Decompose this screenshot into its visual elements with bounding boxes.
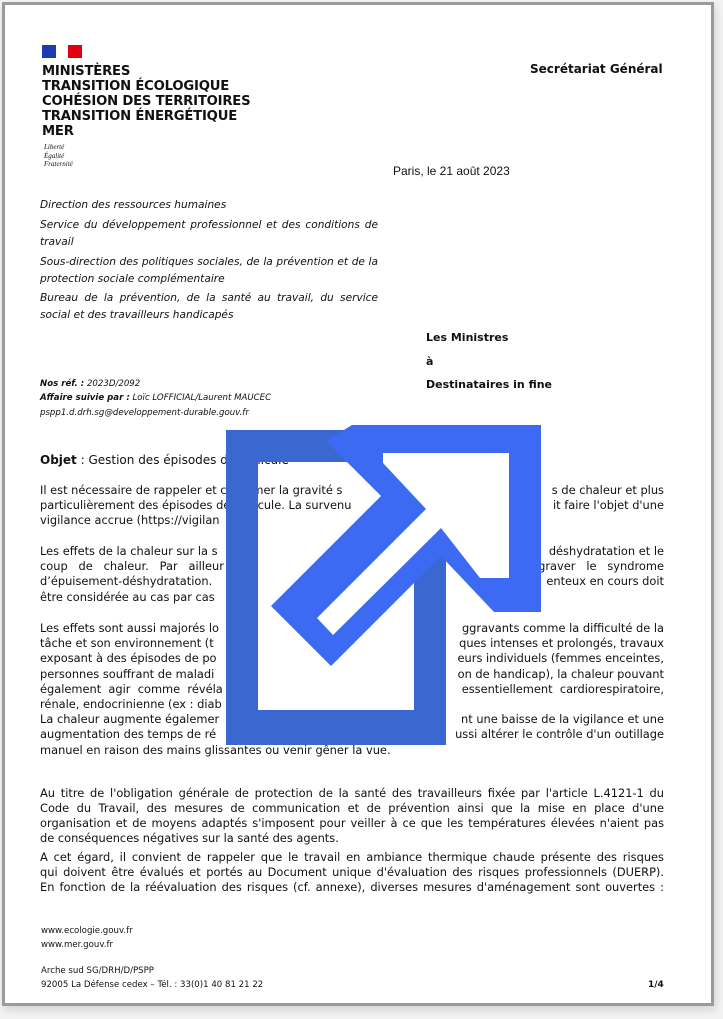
republic-motto: Liberté Égalité Fraternité bbox=[44, 143, 73, 169]
ministry-line: MER bbox=[42, 124, 250, 139]
body-paragraph-obligation: Au titre de l'obligation générale de pro… bbox=[40, 786, 664, 846]
text-fragment-left: coup de chaleur. Par ailleur bbox=[40, 559, 224, 574]
text-line: A cet égard, il convient de rappeler que… bbox=[40, 850, 664, 865]
motto-line: Fraternité bbox=[44, 160, 73, 169]
text-fragment-left: vigilance accrue (https://vigilan bbox=[40, 513, 220, 528]
text-line: Code du Travail, des mesures de communic… bbox=[40, 801, 664, 816]
footer-website[interactable]: www.ecologie.gouv.fr bbox=[41, 926, 133, 936]
text-fragment-left: exposant à des épisodes de po bbox=[40, 651, 217, 666]
text-fragment-right: déshydratation et le bbox=[549, 544, 664, 559]
external-link-icon[interactable] bbox=[226, 425, 546, 745]
text-fragment-left: personnes souffrant de maladi bbox=[40, 667, 214, 682]
recipient-line: à bbox=[426, 355, 433, 368]
ministry-line: COHÉSION DES TERRITOIRES bbox=[42, 94, 250, 109]
ministry-name: MINISTÈRES TRANSITION ÉCOLOGIQUE COHÉSIO… bbox=[42, 64, 250, 139]
ministry-line: TRANSITION ÉCOLOGIQUE bbox=[42, 79, 250, 94]
text-fragment-right: enteux en cours doit bbox=[546, 574, 664, 589]
text-fragment-left: être considérée au cas par cas bbox=[40, 590, 215, 605]
body-paragraph-duerp: A cet égard, il convient de rappeler que… bbox=[40, 850, 664, 895]
motto-line: Égalité bbox=[44, 152, 73, 161]
page-number: 1/4 bbox=[648, 980, 664, 990]
text-fragment-right: it faire l'objet d'une bbox=[553, 498, 664, 513]
text-fragment-left: rénale, endocrinienne (ex : diab bbox=[40, 697, 222, 712]
sender-direction: Direction des ressources humaines bbox=[40, 197, 378, 214]
text-fragment-right: s de chaleur et plus bbox=[552, 483, 664, 498]
recipient-line: Destinataires in fine bbox=[426, 378, 552, 391]
marianne-flag-logo bbox=[42, 45, 82, 58]
text-line: organisation et de moyens adaptés s'impo… bbox=[40, 816, 664, 831]
sender-sous-direction: Sous-direction des politiques sociales, … bbox=[40, 254, 378, 288]
ministry-line: TRANSITION ÉNERGÉTIQUE bbox=[42, 109, 250, 124]
text-line: Au titre de l'obligation générale de pro… bbox=[40, 786, 664, 801]
text-fragment-left: augmentation des temps de ré bbox=[40, 727, 216, 742]
recipient-line: Les Ministres bbox=[426, 331, 508, 344]
sender-bureau: Bureau de la prévention, de la santé au … bbox=[40, 290, 378, 324]
text-fragment-left: Les effets de la chaleur sur la s bbox=[40, 544, 218, 559]
footer-website[interactable]: www.mer.gouv.fr bbox=[41, 940, 113, 950]
motto-line: Liberté bbox=[44, 143, 73, 152]
text-line: de conséquences négatives sur la santé d… bbox=[40, 831, 664, 846]
letter-date: Paris, le 21 août 2023 bbox=[393, 164, 510, 178]
ministry-line: MINISTÈRES bbox=[42, 64, 250, 79]
text-fragment-left: d’épuisement-déshydratation. bbox=[40, 574, 212, 589]
text-fragment-left: La chaleur augmente égalemer bbox=[40, 712, 219, 727]
text-line: En fonction de la réévaluation des risqu… bbox=[40, 880, 664, 895]
footer-address: 92005 La Défense cedex – Tél. : 33(0)1 4… bbox=[41, 980, 263, 990]
contact-email[interactable]: pspp1.d.drh.sg@developpement-durable.gou… bbox=[40, 408, 249, 418]
department-title: Secrétariat Général bbox=[530, 62, 663, 76]
text-line: qui doivent être évalués et portés au Do… bbox=[40, 865, 664, 880]
sender-service: Service du développement professionnel e… bbox=[40, 217, 378, 251]
footer-address: Arche sud SG/DRH/D/PSPP bbox=[41, 966, 154, 976]
text-fragment-left: tâche et son environnement (t bbox=[40, 636, 214, 651]
text-fragment-right: graver le syndrome bbox=[538, 559, 664, 574]
text-fragment-left: également agir comme révéla bbox=[40, 682, 223, 697]
text-fragment-left: Les effets sont aussi majorés lo bbox=[40, 621, 219, 636]
followed-by: Affaire suivie par : Loïc LOFFICIAL/Laur… bbox=[40, 393, 271, 403]
reference-number: Nos réf. : 2023D/2092 bbox=[40, 379, 140, 389]
